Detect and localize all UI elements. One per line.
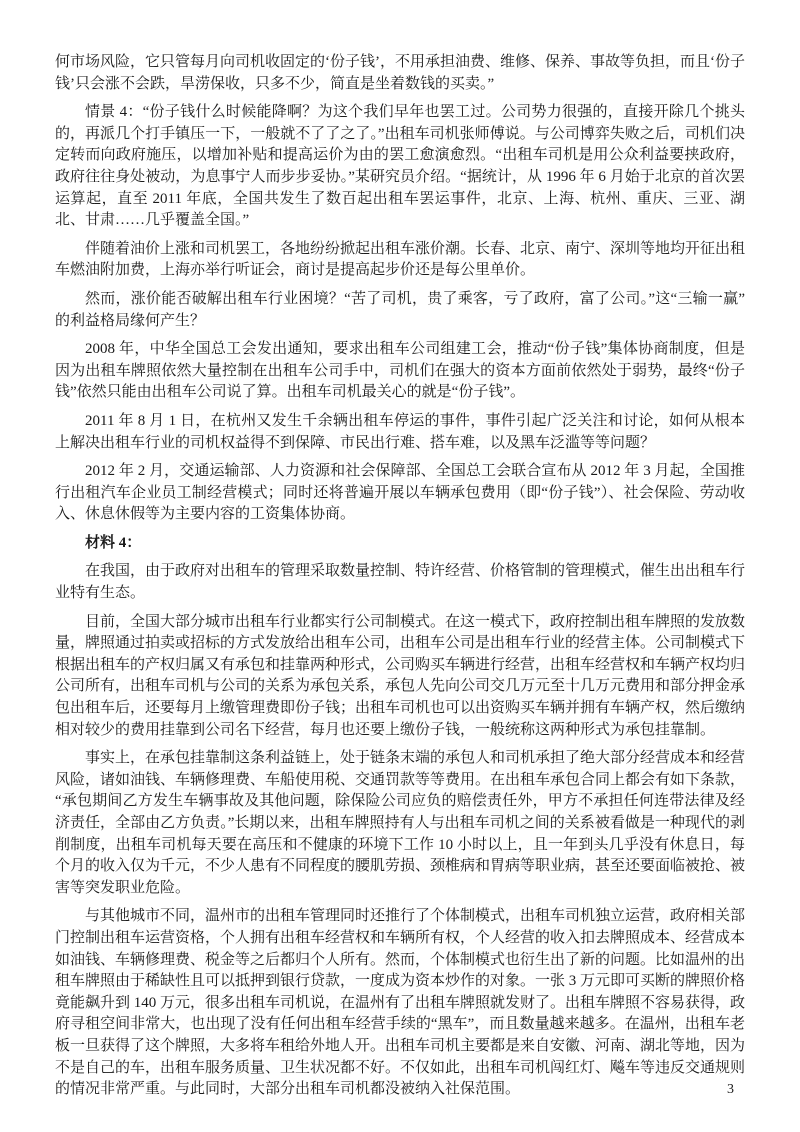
paragraph: 2011 年 8 月 1 日，在杭州又发生千余辆出租车停运的事件，事件引起广泛关… <box>55 411 745 454</box>
paragraph: 2008 年，中华全国总工会发出通知，要求出租车公司组建工会，推动“份子钱”集体… <box>55 339 745 404</box>
paragraph: 目前，全国大部分城市出租车行业都实行公司制模式。在这一模式下，政府控制出租车牌照… <box>55 612 745 742</box>
paragraph: 2012 年 2 月，交通运输部、人力资源和社会保障部、全国总工会联合宣布从 2… <box>55 461 745 526</box>
paragraph: 与其他城市不同，温州市的出租车管理同时还推行了个体制模式，出租车司机独立运营，政… <box>55 906 745 1100</box>
material-heading: 材料 4： <box>55 533 745 555</box>
paragraph: 情景 4：“份子钱什么时候能降啊？为这个我们早年也罢工过。公司势力很强的，直接开… <box>55 102 745 232</box>
paragraph: 何市场风险，它只管每月向司机收固定的‘份子钱’，不用承担油费、维修、保养、事故等… <box>55 52 745 95</box>
document-body: 何市场风险，它只管每月向司机收固定的‘份子钱’，不用承担油费、维修、保养、事故等… <box>55 52 745 1101</box>
paragraph: 然而，涨价能否破解出租车行业困境？“苦了司机，贵了乘客，亏了政府，富了公司。”这… <box>55 289 745 332</box>
document-page: 何市场风险，它只管每月向司机收固定的‘份子钱’，不用承担油费、维修、保养、事故等… <box>0 0 800 1132</box>
page-number: 3 <box>727 1082 734 1098</box>
paragraph: 伴随着油价上涨和司机罢工，各地纷纷掀起出租车涨价潮。长春、北京、南宁、深圳等地均… <box>55 239 745 282</box>
paragraph: 在我国，由于政府对出租车的管理采取数量控制、特许经营、价格管制的管理模式，催生出… <box>55 561 745 604</box>
paragraph: 事实上，在承包挂靠制这条利益链上，处于链条末端的承包人和司机承担了绝大部分经营成… <box>55 748 745 899</box>
